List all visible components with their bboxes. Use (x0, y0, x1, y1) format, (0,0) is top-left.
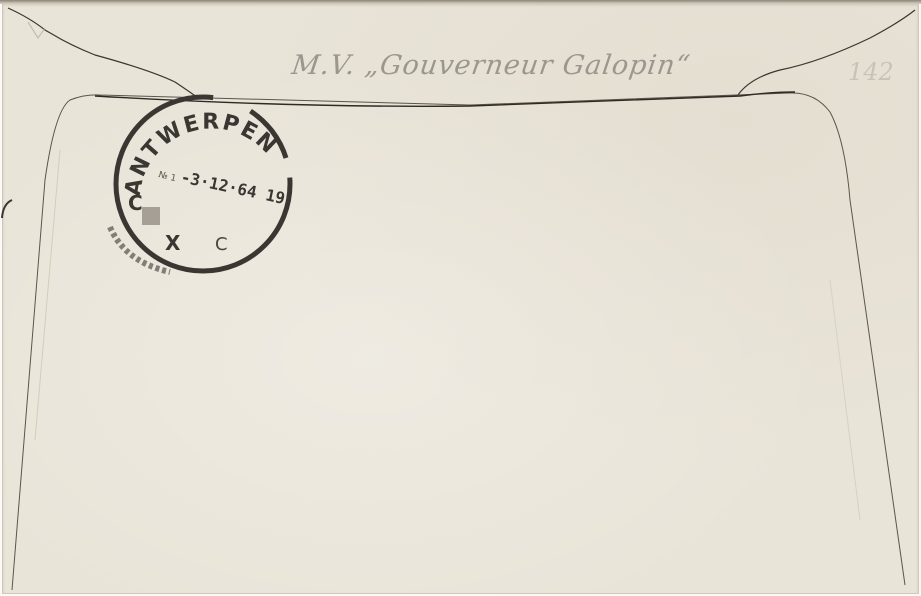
postmark-left-code: C (128, 191, 143, 215)
postmark-right-code: C (215, 234, 228, 255)
postmark-icon: ANTWERPEN № 1 -3·12·64 19 C X C (100, 82, 300, 282)
ink-mark-left-edge (0, 190, 14, 230)
postmark-date: -3·12·64 19 (179, 167, 287, 208)
envelope-scan: M.V. „Gouverneur Galopin“ 142 ANTWERPEN … (0, 0, 921, 596)
postmark-smudge (142, 207, 160, 225)
handwritten-ship-name: M.V. „Gouverneur Galopin“ (290, 50, 693, 81)
pencil-corner-note: 142 (848, 58, 894, 86)
postmark-center-code: X (165, 231, 181, 255)
postmark-small-mark: № 1 (157, 170, 177, 184)
postmark-stamp: ANTWERPEN № 1 -3·12·64 19 C X C (100, 82, 300, 282)
